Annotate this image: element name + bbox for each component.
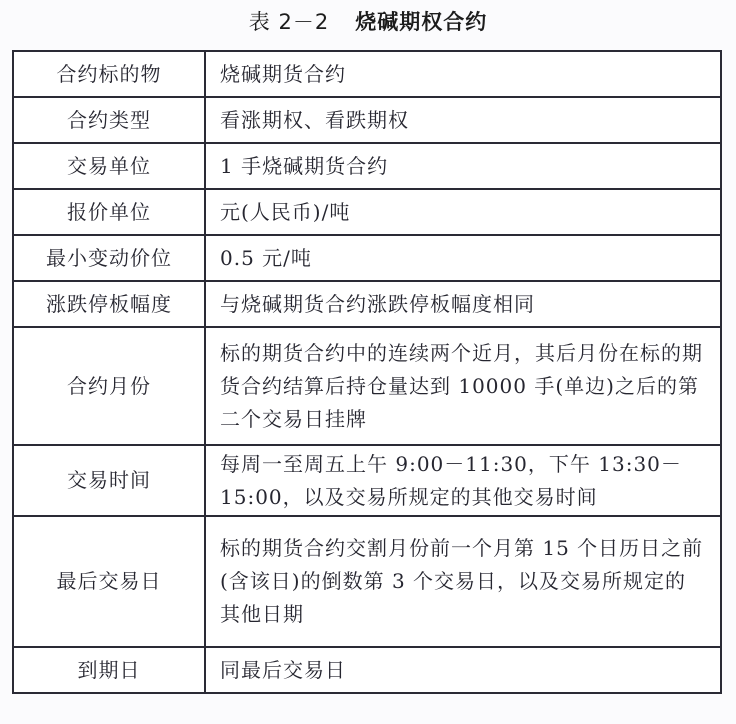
table-row: 交易单位 1 手烧碱期货合约 xyxy=(13,143,721,189)
table-caption: 表 2－2烧碱期权合约 xyxy=(0,6,736,36)
row-value: 1 手烧碱期货合约 xyxy=(205,143,721,189)
table-row: 到期日 同最后交易日 xyxy=(13,647,721,693)
table-row: 合约类型 看涨期权、看跌期权 xyxy=(13,97,721,143)
table-title: 烧碱期权合约 xyxy=(355,10,487,34)
row-value: 元(人民币)/吨 xyxy=(205,189,721,235)
table-row: 最后交易日 标的期货合约交割月份前一个月第 15 个日历日之前(含该日)的倒数第… xyxy=(13,516,721,647)
row-value: 0.5 元/吨 xyxy=(205,235,721,281)
row-value: 与烧碱期货合约涨跌停板幅度相同 xyxy=(205,281,721,327)
table-row: 交易时间 每周一至周五上午 9:00－11:30，下午 13:30－15:00，… xyxy=(13,445,721,516)
row-label: 合约月份 xyxy=(13,327,205,445)
row-label: 交易单位 xyxy=(13,143,205,189)
row-label: 报价单位 xyxy=(13,189,205,235)
row-label: 交易时间 xyxy=(13,445,205,516)
row-label: 最小变动价位 xyxy=(13,235,205,281)
row-label: 涨跌停板幅度 xyxy=(13,281,205,327)
row-value: 看涨期权、看跌期权 xyxy=(205,97,721,143)
table-row: 涨跌停板幅度 与烧碱期货合约涨跌停板幅度相同 xyxy=(13,281,721,327)
row-label: 合约标的物 xyxy=(13,51,205,97)
table-row: 合约标的物 烧碱期货合约 xyxy=(13,51,721,97)
table-row: 最小变动价位 0.5 元/吨 xyxy=(13,235,721,281)
row-label: 合约类型 xyxy=(13,97,205,143)
row-value: 同最后交易日 xyxy=(205,647,721,693)
table-row: 报价单位 元(人民币)/吨 xyxy=(13,189,721,235)
contract-spec-table: 合约标的物 烧碱期货合约 合约类型 看涨期权、看跌期权 交易单位 1 手烧碱期货… xyxy=(12,50,722,694)
table-number: 表 2－2 xyxy=(249,10,329,34)
row-label: 最后交易日 xyxy=(13,516,205,647)
row-label: 到期日 xyxy=(13,647,205,693)
row-value: 标的期货合约交割月份前一个月第 15 个日历日之前(含该日)的倒数第 3 个交易… xyxy=(205,516,721,647)
row-value: 烧碱期货合约 xyxy=(205,51,721,97)
row-value: 标的期货合约中的连续两个近月，其后月份在标的期货合约结算后持仓量达到 10000… xyxy=(205,327,721,445)
table-row: 合约月份 标的期货合约中的连续两个近月，其后月份在标的期货合约结算后持仓量达到 … xyxy=(13,327,721,445)
row-value: 每周一至周五上午 9:00－11:30，下午 13:30－15:00，以及交易所… xyxy=(205,445,721,516)
